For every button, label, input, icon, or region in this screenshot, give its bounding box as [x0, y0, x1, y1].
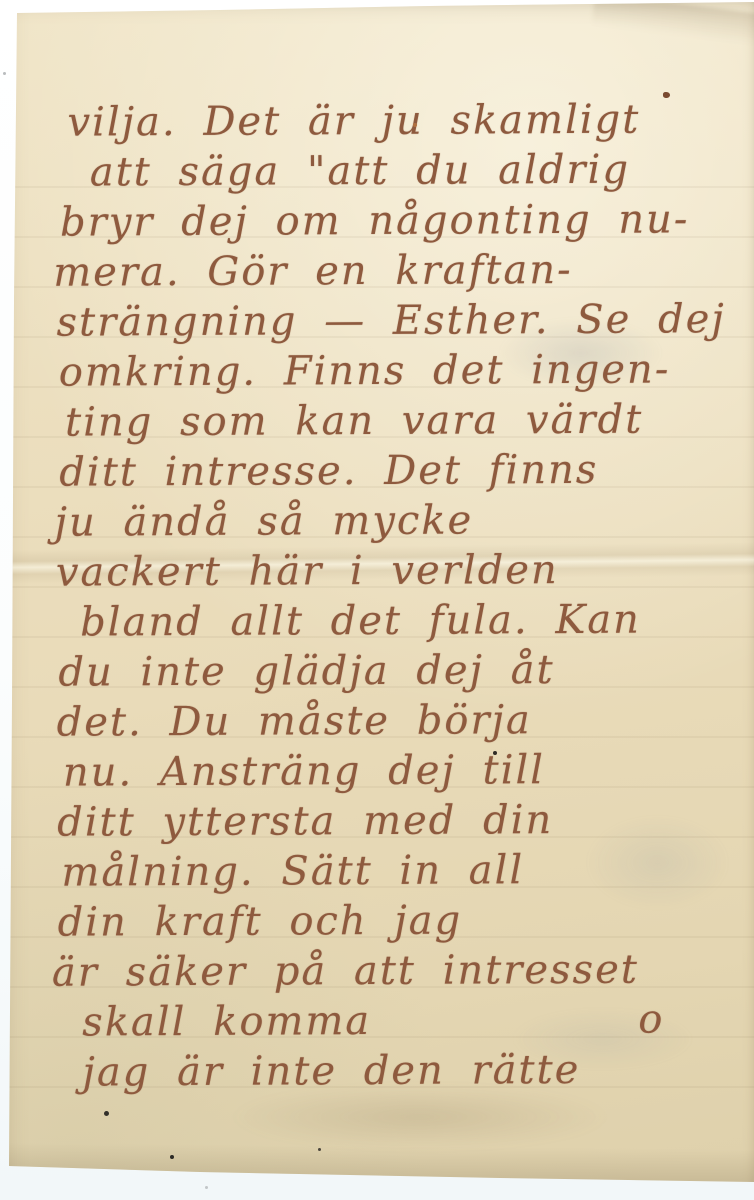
rust-spot	[413, 123, 417, 127]
dust-speck	[104, 1111, 109, 1116]
handwriting-line: jag är inte den rätte	[82, 1044, 754, 1098]
handwriting-line: ting som kan vara värdt	[65, 394, 753, 448]
handwriting-line: du inte glädja dej åt	[58, 644, 754, 698]
handwriting-line: bland allt det fula. Kan	[80, 594, 754, 648]
handwriting-line: mera. Gör en kraftan-	[53, 244, 752, 298]
handwriting-line: din kraft och jag	[58, 894, 754, 948]
paper-bottom-edge-shadow	[0, 1143, 754, 1190]
handwriting-line: vackert här i verlden	[56, 544, 754, 598]
letter-page: vilja. Det är ju skamligt att säga "att …	[0, 0, 754, 1200]
handwriting-line: skall komma o	[82, 994, 754, 1048]
handwriting-line: ditt yttersta med din	[57, 794, 754, 848]
handwriting-line: bryr dej om någonting nu-	[60, 194, 752, 248]
handwriting-line: målning. Sätt in all	[61, 844, 754, 898]
handwriting-line: är säker på att intresset	[52, 944, 754, 998]
scan-dust-speck	[3, 72, 6, 75]
scan-dust-speck	[205, 1186, 208, 1189]
handwriting-block: vilja. Det är ju skamligt att säga "att …	[0, 94, 754, 1098]
handwriting-line: ditt intresse. Det finns	[59, 444, 753, 498]
fold-crease-top-right	[590, 0, 754, 57]
handwriting-line: strängning — Esther. Se dej	[56, 294, 752, 348]
dust-speck	[170, 1155, 174, 1159]
handwriting-line: vilja. Det är ju skamligt	[67, 94, 751, 148]
handwriting-line: omkring. Finns det ingen-	[59, 344, 753, 398]
handwriting-line: att säga "att du aldrig	[90, 144, 752, 197]
scan-background: vilja. Det är ju skamligt att säga "att …	[0, 0, 754, 1200]
dust-speck	[493, 751, 497, 755]
handwriting-line: nu. Ansträng dej till	[63, 744, 754, 798]
handwriting-line: ju ändå så mycke	[54, 494, 753, 548]
handwriting-line: det. Du måste börja	[57, 694, 754, 748]
dust-speck	[318, 1148, 321, 1151]
ink-spot	[663, 92, 670, 98]
